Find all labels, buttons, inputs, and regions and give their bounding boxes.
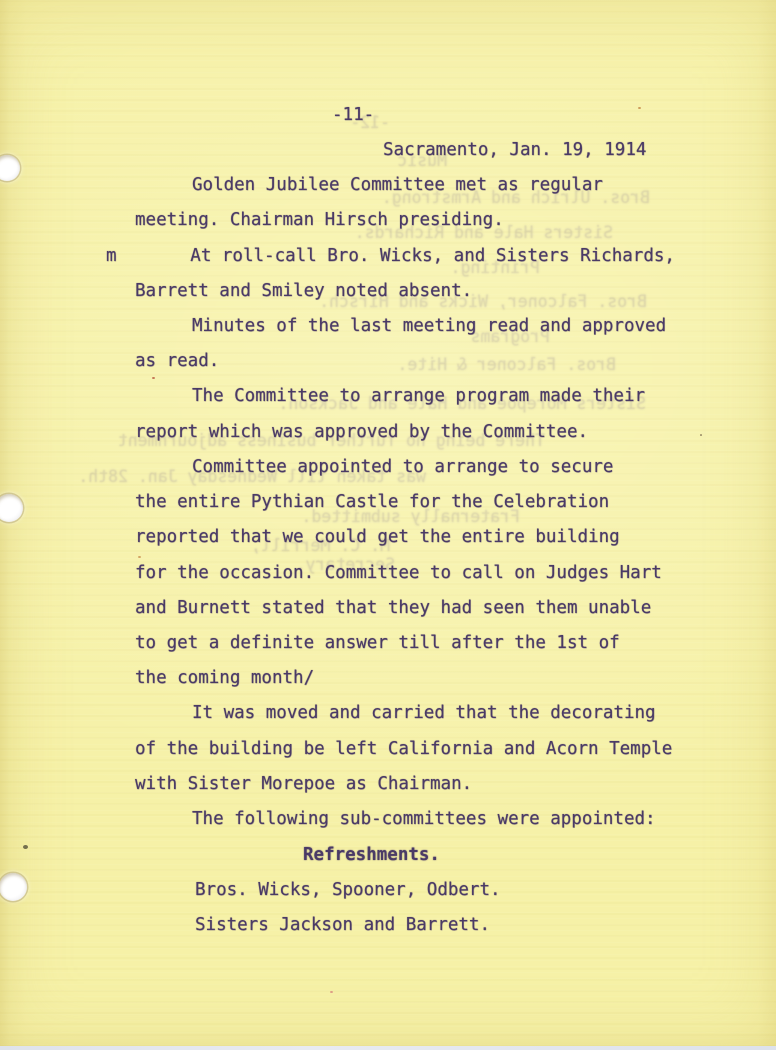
typed-line: Refreshments. [303,844,440,866]
typed-line: reported that we could get the entire bu… [135,526,620,548]
paper-speck [23,845,28,849]
typed-line: Minutes of the last meeting read and app… [192,315,666,337]
typed-line: of the building be left California and A… [135,738,672,760]
typed-line: Bros. Wicks, Spooner, Odbert. [195,879,501,901]
typed-line: meeting. Chairman Hirsch presiding. [135,209,504,231]
typed-line: to get a definite answer till after the … [135,632,620,654]
typed-line: for the occasion. Committee to call on J… [135,562,662,584]
typed-line: as read. [135,350,219,372]
typed-line: The following sub-committees were appoin… [192,808,656,830]
typed-text-layer: -11-Sacramento, Jan. 19, 1914Golden Jubi… [0,0,776,1050]
scanned-document: { "document": { "kind": "typewritten-mee… [0,0,776,1050]
page-number: -11- [332,104,374,126]
typed-line: and Burnett stated that they had seen th… [135,597,651,619]
typed-line: the entire Pythian Castle for the Celebr… [135,491,609,513]
typed-line: The Committee to arrange program made th… [192,385,645,407]
typed-line: the coming month/ [135,667,314,689]
dateline: Sacramento, Jan. 19, 1914 [383,139,646,161]
typed-line: Golden Jubilee Committee met as regular [192,174,603,196]
paper-speck [700,434,702,436]
punch-hole [0,873,27,901]
typed-line: Barrett and Smiley noted absent. [135,280,472,302]
typed-line: Committee appointed to arrange to secure [192,456,613,478]
typed-line: report which was approved by the Committ… [135,421,588,443]
typed-line: Sisters Jackson and Barrett. [195,914,490,936]
typed-line: m At roll-call Bro. Wicks, and Sisters R… [106,245,675,267]
scan-edge-strip [0,1046,776,1050]
typed-line: with Sister Morepoe as Chairman. [135,773,472,795]
typed-line: It was moved and carried that the decora… [192,702,656,724]
